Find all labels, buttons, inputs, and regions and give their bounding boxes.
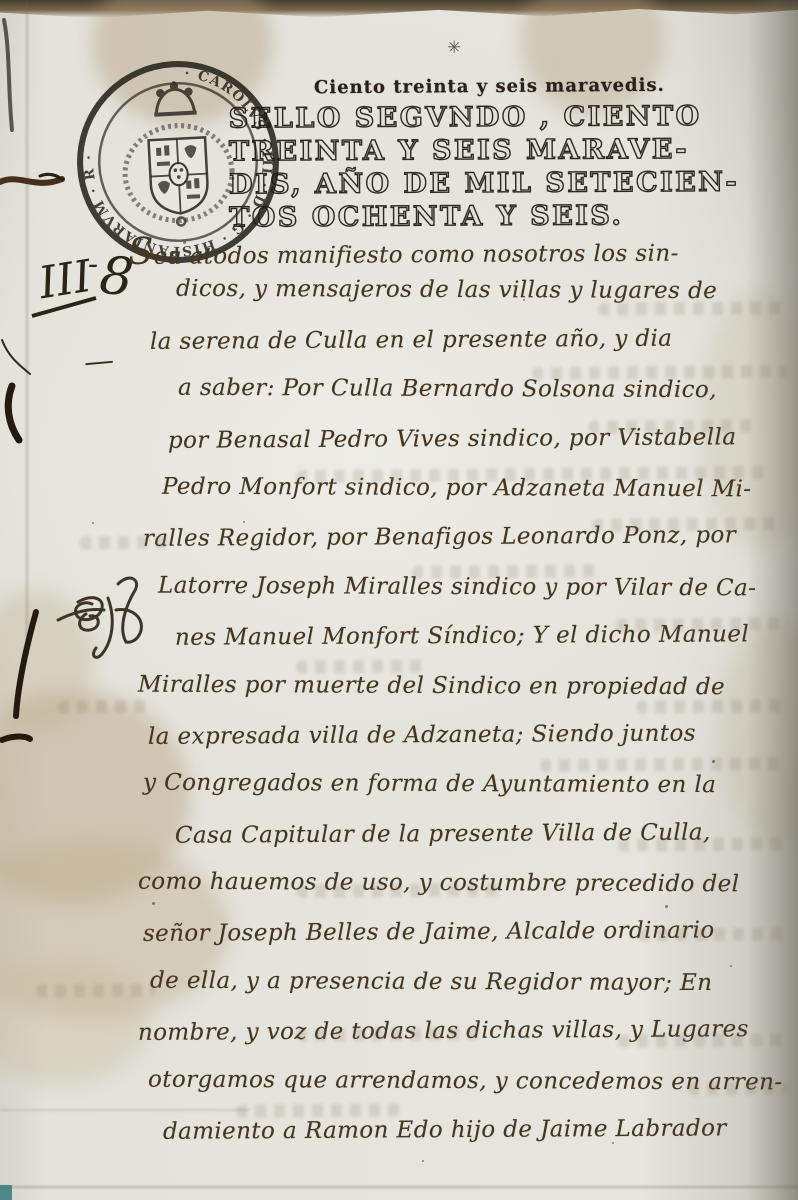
coat-of-arms-icon [149, 137, 210, 227]
bleedthrough-mark [592, 517, 782, 532]
stamp-header: SELLO SEGVNDO , CIENTOTREINTA Y SEIS MAR… [229, 100, 740, 235]
bleedthrough-mark [638, 927, 788, 941]
printer-rosette-icon: ✳ [447, 38, 461, 58]
bleedthrough-mark [296, 659, 426, 673]
manuscript-line: Latorre Joseph Miralles sindico y por Vi… [158, 572, 762, 624]
manuscript-line: Miralles por muerte del Sindico en propi… [138, 671, 762, 723]
manuscript-line: señor Joseph Belles de Jaime, Alcalde or… [143, 918, 762, 971]
bleedthrough-mark [618, 1033, 786, 1047]
ink-speck [183, 241, 186, 244]
bleedthrough-mark [598, 301, 783, 316]
bleedthrough-mark [412, 564, 597, 579]
bleedthrough-mark [80, 536, 170, 550]
ink-speck [422, 1160, 424, 1162]
ink-speck [730, 965, 732, 967]
ink-speck [152, 902, 155, 905]
manuscript-page: ✳ Ciento treinta y seis maravedis. SELLO… [0, 0, 798, 1200]
ink-speck [300, 250, 303, 253]
stain-top-center [520, 0, 665, 115]
ink-speck [243, 521, 245, 523]
bleedthrough-mark [616, 617, 788, 632]
bleedthrough-mark [36, 983, 156, 997]
manuscript-line: de ella, y a presencia de su Regidor may… [150, 968, 762, 1020]
ink-speck [665, 905, 668, 908]
manuscript-line: damiento a Ramon Edo hijo de Jaime Labra… [163, 1115, 762, 1168]
ink-speck [712, 760, 715, 763]
bleedthrough-mark [58, 700, 153, 714]
bleedthrough-mark [296, 1027, 481, 1042]
stamp-header-line: TREINTA Y SEIS MARAVE- [229, 133, 739, 169]
ink-speck [92, 522, 94, 524]
bleedthrough-mark [618, 837, 786, 851]
ink-speck [700, 432, 703, 435]
manuscript-line: y Congregados en forma de Ayuntamiento e… [143, 770, 762, 822]
bleedthrough-mark [532, 365, 787, 380]
bleedthrough-mark [588, 419, 758, 433]
stamp-header-line: SELLO SEGVNDO , CIENTO [229, 100, 739, 136]
ink-speck [612, 1142, 614, 1144]
bleedthrough-mark [236, 1103, 401, 1117]
ink-speck [523, 299, 525, 301]
stamp-fee-line: Ciento treinta y seis maravedis. [314, 75, 665, 98]
bleedthrough-mark [688, 1082, 788, 1096]
manuscript-line: Sea atodos manifiesto como nosotros los … [128, 226, 762, 279]
bleedthrough-mark [636, 699, 786, 713]
bleedthrough-mark [540, 757, 780, 772]
stamp-header-line: DIS, AÑO DE MIL SETECIEN- [229, 166, 739, 202]
bleedthrough-mark [296, 883, 501, 898]
